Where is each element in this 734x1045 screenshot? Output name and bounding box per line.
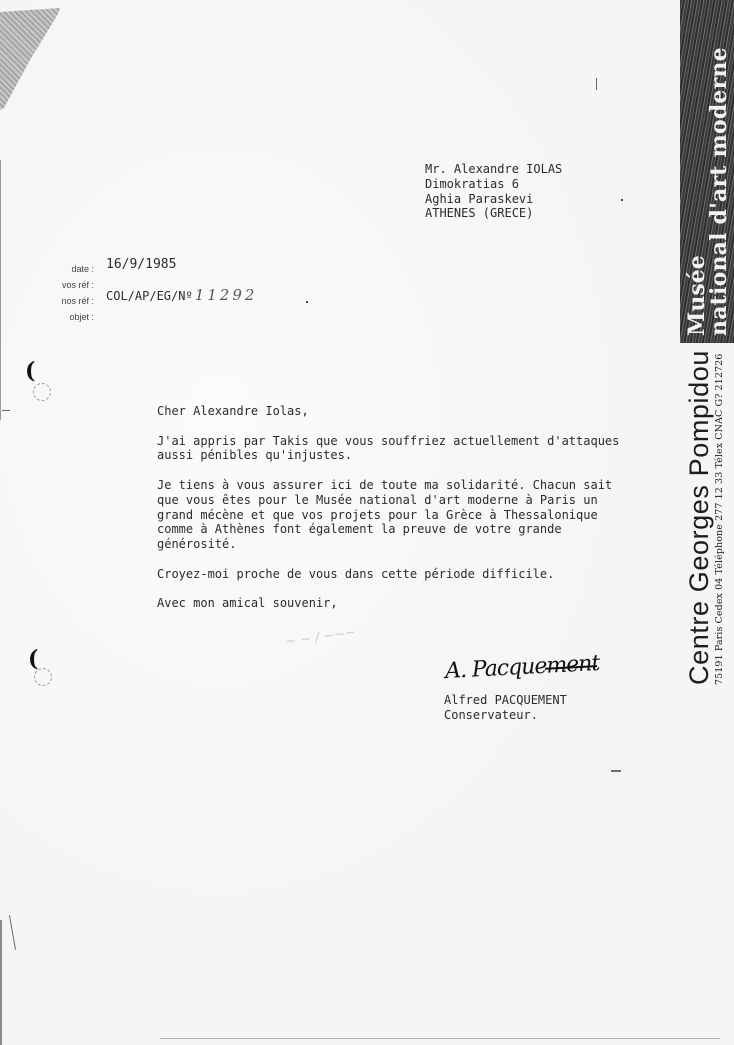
institution-address: 75191 Paris Cedex 04 Téléphone 277 12 33… — [714, 354, 725, 685]
left-edge-scratch — [9, 915, 16, 950]
handwritten-signature: A. Pacquement — [444, 651, 599, 684]
bottom-edge-line — [160, 1038, 720, 1039]
paragraph-line: J'ai appris par Takis que vous souffriez… — [157, 434, 647, 449]
date-value: 16/9/1985 — [106, 258, 176, 273]
paragraph: Avec mon amical souvenir, — [157, 596, 647, 611]
recipient-line: Dimokratias 6 — [425, 177, 562, 192]
museum-name-line2: national d'art moderne — [706, 47, 732, 336]
objet-label: objet : — [69, 312, 94, 322]
paragraph-line: que vous êtes pour le Musée national d'a… — [157, 493, 647, 508]
paragraph-line: grand mécène et que vos projets pour la … — [157, 508, 647, 523]
ink-tick — [596, 78, 597, 90]
nos-ref-label: nos réf : — [61, 296, 94, 306]
date-row: date : 16/9/1985 — [0, 262, 340, 278]
signer-title: Conservateur. — [444, 708, 567, 723]
letter-page: Musée national d'art moderne Centre Geor… — [0, 0, 734, 1045]
paragraph-line: Croyez-moi proche de vous dans cette pér… — [157, 567, 647, 582]
recipient-line: ATHENES (GRECE) — [425, 206, 562, 221]
recipient-address: Mr. Alexandre IOLAS Dimokratias 6 Aghia … — [425, 162, 562, 221]
ink-dot — [306, 301, 308, 303]
paragraph-line: Je tiens à vous assurer ici de toute ma … — [157, 478, 647, 493]
recipient-line: Aghia Paraskevi — [425, 192, 562, 207]
date-label: date : — [71, 264, 94, 274]
ink-dash — [611, 770, 621, 772]
letterhead-banner-text: Musée national d'art moderne — [680, 0, 734, 343]
punch-hole — [33, 383, 51, 401]
nos-ref-typed: COL/AP/EG/Nº — [106, 289, 193, 303]
vos-ref-label: vos réf : — [62, 280, 94, 290]
signer-block: Alfred PACQUEMENT Conservateur. — [444, 693, 567, 723]
binder-clip-mark: ( — [25, 358, 35, 384]
recipient-line: Mr. Alexandre IOLAS — [425, 162, 562, 177]
faint-bleedthrough-mark: ~ ~ / ~~~ — [284, 625, 357, 650]
paragraph-line: aussi pénibles qu'injustes. — [157, 448, 647, 463]
left-edge-shadow — [0, 160, 1, 420]
nos-ref-row: nos réf : COL/AP/EG/Nº11292 — [0, 296, 340, 312]
punch-hole — [34, 668, 52, 686]
paragraph: Je tiens à vous assurer ici de toute ma … — [157, 478, 647, 552]
left-edge-shadow-bottom — [0, 920, 2, 1045]
paragraph: Croyez-moi proche de vous dans cette pér… — [157, 567, 647, 582]
closing-line: Avec mon amical souvenir, — [157, 596, 647, 611]
nos-ref-handwritten: 11292 — [195, 286, 258, 304]
institution-name: Centre Georges Pompidou — [684, 350, 715, 685]
binder-clip-mark: ( — [28, 646, 38, 672]
torn-corner-shadow — [0, 0, 62, 110]
signer-name: Alfred PACQUEMENT — [444, 693, 567, 708]
letter-body: Cher Alexandre Iolas, J'ai appris par Ta… — [157, 404, 647, 626]
objet-row: objet : — [0, 312, 340, 328]
salutation: Cher Alexandre Iolas, — [157, 404, 647, 419]
paragraph-line: générosité. — [157, 537, 647, 552]
nos-ref-value: COL/AP/EG/Nº11292 — [106, 288, 257, 304]
paragraph-line: comme à Athènes font également la preuve… — [157, 522, 647, 537]
left-edge-tick — [2, 410, 10, 411]
ink-dot — [621, 199, 623, 201]
paragraph: J'ai appris par Takis que vous souffriez… — [157, 434, 647, 464]
